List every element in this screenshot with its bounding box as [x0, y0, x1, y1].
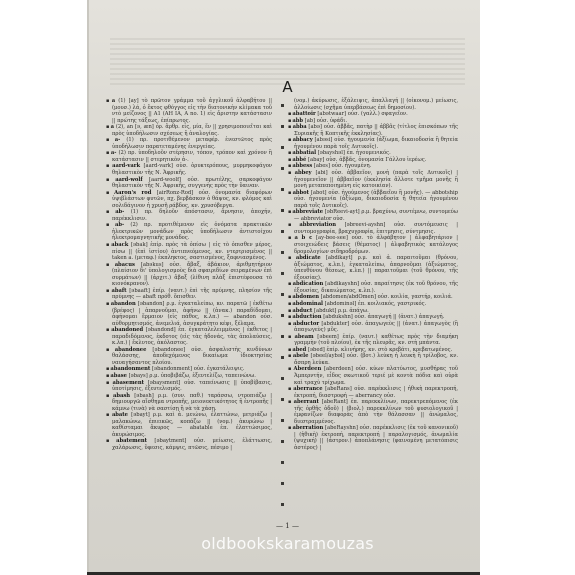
margin-mark: [281, 293, 284, 296]
headword: aback: [111, 242, 128, 248]
dictionary-entry: ▪abbreviation [əbreevi-ayshn] οὐσ. συντό…: [288, 222, 458, 235]
headword: abasement: [113, 380, 145, 386]
dictionary-entry: ▪abeam [əbeem] ἐπίρ. (ναυτ.) καθέτως πρὸ…: [288, 334, 458, 347]
watermark: oldbookskaramouzas: [0, 534, 575, 553]
dictionary-entry: ▪a (1) [ay] τὸ πρῶτον γράμμα τοῦ ἀγγλικο…: [106, 98, 272, 124]
headword: abandoned: [111, 327, 143, 333]
margin-mark: [281, 503, 284, 506]
entry-bullet-icon: ▪: [106, 222, 114, 228]
dictionary-entry: ▪abandoned [əbandond] ἐπ. ἐγκαταλελειμμέ…: [106, 327, 272, 347]
entry-bullet-icon: ▪: [288, 399, 293, 405]
headword: abandonee: [115, 347, 147, 353]
dictionary-entry: ▪abasement [əbaysment] οὐσ. ταπείνωσις |…: [106, 380, 272, 393]
entry-bullet-icon: ▪: [288, 366, 293, 372]
definition: [abdominəl] ἐπ. κοιλιακός, γαστρικός.: [323, 301, 426, 307]
dictionary-entry: ▪Aberdeen [aberdeen] οὐσ. κύων πλατύωτος…: [288, 366, 458, 386]
headword: abandonment: [110, 366, 150, 372]
headword: abase: [110, 373, 127, 379]
definition: [abə] οὐσ. ἀββᾶς, πατὴρ || ἀββᾶς (τίτλος…: [294, 124, 458, 137]
definition: [abdukt] ρ.μ. ἀπάγω.: [312, 308, 368, 314]
entry-bullet-icon: ▪: [288, 353, 292, 359]
headword: abdominal: [292, 301, 323, 307]
margin-mark: [281, 146, 284, 149]
page-number: — 1 —: [0, 522, 575, 530]
entry-bullet-icon: ▪: [288, 190, 292, 196]
headword: abdication: [293, 281, 324, 287]
entry-bullet-icon: ▪: [106, 347, 114, 353]
entry-bullet-icon: ▪: [288, 301, 291, 307]
dictionary-entry: ▪abbreviate [əbReevi-ayt] ρ.μ. βραχύνω, …: [288, 209, 458, 222]
dictionary-entry: ▪abele [əbeel/aybəl] οὐσ. (βοτ.) λεύκη ἡ…: [288, 353, 458, 366]
entry-bullet-icon: ▪: [288, 235, 293, 241]
headword: abbess: [292, 163, 312, 169]
headword: abattoir: [292, 111, 315, 117]
entry-bullet-icon: ▪: [288, 170, 294, 176]
dictionary-entry: ▪abate [əbayt] ρ.μ. καὶ ἀ. μειώνω, ἐλαττ…: [106, 412, 272, 438]
definition: [abeRant] ἐπ. παρεκκλίνων, παρεκτρεπόμεν…: [294, 399, 458, 425]
dictionary-entry: ▪aard-wolf [aard-woolf] οὐσ. πρωτέλης, σ…: [106, 177, 272, 190]
headword: abed: [292, 347, 306, 353]
dictionary-entry: ▪abandonee [əbandonee] οὐσ. ἀσφαλιστὴς κ…: [106, 347, 272, 367]
margin-mark: [281, 419, 284, 422]
entry-bullet-icon: ▪: [106, 242, 110, 248]
definition: [əbed] ἐπίρ. κλινήρης, κν. στὸ κρεβάτι, …: [306, 347, 452, 353]
entry-bullet-icon: ▪: [106, 177, 114, 183]
entry-bullet-icon: ▪: [106, 327, 110, 333]
entry-bullet-icon: ▪: [288, 222, 298, 228]
entry-bullet-icon: ▪: [106, 288, 111, 294]
margin-mark: [281, 272, 284, 275]
entry-bullet-icon: ▪: [106, 98, 111, 104]
definition: [əbandon] ρ.μ. ἐγκαταλείπω, κν. παρατῶ |…: [112, 301, 272, 327]
headword: aard-vark: [112, 163, 140, 169]
dictionary-entry: ▪aberrance [abeRans] οὐσ. παρέκκλισις | …: [288, 386, 458, 399]
left-column: ▪a (1) [ay] τὸ πρῶτον γράμμα τοῦ ἀγγλικο…: [106, 98, 272, 452]
headword: abbey: [295, 170, 312, 176]
entry-bullet-icon: ▪: [106, 262, 114, 268]
headword: abbreviation: [299, 222, 336, 228]
entry-bullet-icon: ▪: [288, 281, 292, 287]
margin-mark: [281, 335, 284, 338]
headword: abb: [292, 118, 303, 124]
definition: [abdukshn] οὐσ. ἀπαγωγή || (ἀνατ.) ἀπαγω…: [322, 314, 445, 320]
entry-bullet-icon: ▪: [288, 314, 291, 320]
headword: abate: [112, 412, 128, 418]
headword: aberration: [293, 425, 324, 431]
dictionary-entry: ▪abba [abə] οὐσ. ἀββᾶς, πατὴρ || ἀββᾶς (…: [288, 124, 458, 137]
definition: (νομ.) ἀκύρωσις, ἐξάλειψις, ἀπαλλαγή || …: [294, 98, 458, 111]
definition: [əbeem] ἐπίρ. (ναυτ.) καθέτως πρὸς τὴν δ…: [294, 334, 458, 347]
dictionary-entry: (νομ.) ἀκύρωσις, ἐξάλειψις, ἀπαλλαγή || …: [288, 98, 458, 111]
dictionary-entry: ▪aberration [abeRayshn] οὐσ. παρέκκλισις…: [288, 425, 458, 451]
definition: (2) πρ. ὑποδηλοῦν στέρησιν, τόπον, τρόπο…: [112, 150, 272, 163]
entry-bullet-icon: ▪: [288, 294, 291, 300]
headword: Aberdeen: [294, 366, 322, 372]
entry-bullet-icon: ▪: [288, 137, 292, 143]
headword: abele: [293, 353, 309, 359]
dictionary-entry: ▪aback [əbak] ἐπίρ. πρὸς τὰ ὀπίσω | εἰς …: [106, 242, 272, 262]
margin-mark: [281, 482, 284, 485]
headword: Aaron's rod: [114, 190, 151, 196]
dictionary-entry: ▪abatement [əbaytment] οὐσ. μείωσις, ἐλά…: [106, 438, 272, 451]
entry-bullet-icon: ▪: [288, 347, 291, 353]
dictionary-entry: ▪abaft [əbaaft] ἐπίρ. (ναυτ.) ἐπὶ τῆς πρ…: [106, 288, 272, 301]
margin-mark: [281, 398, 284, 401]
headword: abduction: [292, 314, 321, 320]
margin-mark: [281, 209, 284, 212]
headword: abdicate: [296, 255, 321, 261]
dictionary-entry: ▪a- (2) πρ. ὑποδηλοῦν στέρησιν, τόπον, τ…: [106, 150, 272, 163]
headword: abatement: [116, 438, 147, 444]
definition: [əbak] ἐπίρ. πρὸς τὰ ὀπίσω | εἰς τὸ ὀπισ…: [112, 242, 272, 261]
definition: [abəkus] οὐσ. ἄβαξ, ἀβάκιον, ἀριθμητήριο…: [112, 262, 272, 288]
entry-bullet-icon: ▪: [288, 163, 291, 169]
headword: ab-: [115, 222, 124, 228]
dictionary-entry: ▪abbey [abi] οὐσ. ἀββαεῖον, μονὴ (παρὰ τ…: [288, 170, 458, 190]
headword: abaft: [112, 288, 127, 294]
entry-bullet-icon: ▪: [106, 393, 112, 399]
entry-bullet-icon: ▪: [288, 124, 292, 130]
dictionary-entry: ▪abbot [abot] οὐσ. ἡγούμενος (ἀββαεῖου ἢ…: [288, 190, 458, 210]
entry-bullet-icon: ▪: [106, 209, 114, 215]
entry-bullet-icon: ▪: [288, 334, 293, 340]
headword: aberrance: [293, 386, 322, 392]
entry-bullet-icon: ▪: [106, 380, 112, 386]
margin-mark: [281, 167, 284, 170]
entry-bullet-icon: ▪: [288, 118, 291, 124]
definition: [əbaaft] ἐπίρ. (ναυτ.) ἐπὶ τῆς πρύμνης, …: [112, 288, 272, 301]
headword: abbreviate: [292, 209, 323, 215]
definition: (2), an [ə, æn] ὁρ. ἄρθρ. εἷς, μία, ἕν |…: [112, 124, 272, 137]
dictionary-entry: ▪ab- (1) πρ. δηλοῦν ἀπόστασιν, ἄρνησιν, …: [106, 209, 272, 222]
headword: abbacy: [293, 137, 313, 143]
entry-bullet-icon: ▪: [288, 111, 291, 117]
margin-mark: [281, 104, 284, 107]
margin-mark: [281, 314, 284, 317]
headword: ab-: [115, 209, 124, 215]
entry-bullet-icon: ▪: [288, 209, 291, 215]
headword: abandon: [111, 301, 136, 307]
dictionary-entry: ▪Aaron's rod [airRonz-Rod] οὐσ. ὀνομασία…: [106, 190, 272, 210]
definition: (1) [ay] τὸ πρῶτον γράμμα τοῦ ἀγγλικοῦ ἀ…: [112, 98, 272, 124]
margin-mark: [281, 188, 284, 191]
entry-bullet-icon: ▪: [288, 150, 291, 156]
entry-bullet-icon: ▪: [106, 366, 109, 372]
dictionary-entry: ▪abash [əbash] ρ.μ. (συν. παθ.) ταράσσω,…: [106, 393, 272, 413]
margin-mark: [281, 377, 284, 380]
section-letter: A: [0, 78, 575, 96]
dictionary-entry: ▪a (2), an [ə, æn] ὁρ. ἄρθρ. εἷς, μία, ἕ…: [106, 124, 272, 137]
entry-bullet-icon: ▪: [288, 255, 295, 261]
definition: (2) πρ. προτιθέμενον εἰς ὀνόματα πρακτικ…: [112, 222, 272, 241]
entry-bullet-icon: ▪: [106, 438, 115, 444]
definition: [əbayt] ρ.μ. καὶ ἀ. μειώνω, ἐλαττώνω, με…: [112, 412, 272, 438]
margin-mark: [281, 230, 284, 233]
dictionary-entry: ▪abacus [abəkus] οὐσ. ἄβαξ, ἀβάκιον, ἀρι…: [106, 262, 272, 288]
dictionary-entry: ▪abdicate [abdikayt] ρ.μ. καὶ ἀ. παραιτο…: [288, 255, 458, 281]
definition: [abot] οὐσ. ἡγούμενος (ἀββαεῖου ἢ μονῆς)…: [294, 190, 458, 209]
entry-bullet-icon: ▪: [106, 301, 110, 307]
definition: [əbays] ρ.μ. ὑποβιβάζω, ἐξευτελίζω, ταπε…: [127, 373, 256, 379]
margin-mark: [281, 125, 284, 128]
entry-bullet-icon: ▪: [106, 124, 110, 130]
entry-bullet-icon: ▪: [106, 190, 113, 196]
dictionary-entry: ▪ab- (2) πρ. προτιθέμενον εἰς ὀνόματα πρ…: [106, 222, 272, 242]
definition: (1) πρ. προτιθέμενον μεταφέρ. ἐνεστῶτος …: [112, 137, 272, 150]
margin-marks: [281, 104, 285, 524]
definition: [əbandonment] οὐσ. ἐγκατάλειψις.: [150, 366, 244, 372]
headword: aberrant: [294, 399, 319, 405]
headword: a b c: [294, 235, 312, 241]
definition: [ab] οὐσ. ὑφάδι.: [303, 118, 347, 124]
headword: abbatial: [292, 150, 316, 156]
dictionary-entry: ▪aberrant [abeRant] ἐπ. παρεκκλίνων, παρ…: [288, 399, 458, 425]
entry-bullet-icon: ▪: [288, 308, 291, 314]
entry-bullet-icon: ▪: [106, 150, 110, 156]
margin-mark: [281, 440, 284, 443]
dictionary-entry: ▪a b c [ay-bee-see] οὐσ. τὸ ἀλφάβητον | …: [288, 235, 458, 255]
definition: [abəsi] οὐσ. ἡγουμενία (ἀξίωμα, δικαιοδο…: [294, 137, 458, 150]
headword: abdomen: [292, 294, 319, 300]
definition: [abdomen/abdOmen] οὐσ. κοιλία, γαστήρ, κ…: [319, 294, 453, 300]
definition: [abdukter] οὐσ. ἀπαγωγεὺς || (ἀνατ.) ἀπα…: [294, 321, 458, 334]
definition: (1) πρ. δηλοῦν ἀπόστασιν, ἄρνησιν, ἀποχή…: [112, 209, 272, 222]
definition: [ay-bee-see] οὐσ. τὸ ἀλφάβητον | ἀλφαβητ…: [294, 235, 458, 254]
entry-bullet-icon: ▪: [106, 373, 109, 379]
definition: [abətwaar] οὐσ. (γαλλ.) σφαγεῖον.: [316, 111, 408, 117]
entry-bullet-icon: ▪: [288, 425, 292, 431]
definition: [əbash] ρ.μ. (συν. παθ.) ταράσσω, ντροπι…: [112, 393, 272, 412]
margin-mark: [281, 356, 284, 359]
headword: abacus: [115, 262, 135, 268]
entry-bullet-icon: ▪: [288, 321, 292, 327]
headword: abbot: [293, 190, 309, 196]
definition: [əbayshəl] ἐπ. ἡγουμενικός.: [316, 150, 391, 156]
definition: [əbeel/aybəl] οὐσ. (βοτ.) λεύκη ἡ λευκὴ …: [294, 353, 458, 366]
entry-bullet-icon: ▪: [288, 386, 292, 392]
headword: abductor: [293, 321, 319, 327]
headword: abba: [293, 124, 307, 130]
dictionary-entry: ▪abbacy [abəsi] οὐσ. ἡγουμενία (ἀξίωμα, …: [288, 137, 458, 150]
entry-bullet-icon: ▪: [106, 163, 111, 169]
headword: abash: [113, 393, 130, 399]
entry-bullet-icon: ▪: [106, 137, 114, 143]
dictionary-entry: ▪aard-vark [aard-vark] οὐσ. ὀρυκτερόπους…: [106, 163, 272, 176]
entry-bullet-icon: ▪: [106, 412, 111, 418]
dictionary-entry: ▪abdication [abdikayshn] οὐσ. παραίτησις…: [288, 281, 458, 294]
headword: abeam: [294, 334, 313, 340]
dictionary-entry: ▪abandon [əbandon] ρ.μ. ἐγκαταλείπω, κν.…: [106, 301, 272, 327]
margin-mark: [281, 251, 284, 254]
right-column: (νομ.) ἀκύρωσις, ἐξάλειψις, ἀπαλλαγή || …: [288, 98, 458, 452]
definition: [abi] οὐσ. ἀββαεῖον, μονὴ (παρὰ τοῖς Δυτ…: [294, 170, 458, 189]
margin-mark: [281, 461, 284, 464]
headword: aard-wolf: [115, 177, 142, 183]
definition: [abes] οὐσ. ἡγουμένη.: [312, 163, 371, 169]
dictionary-entry: ▪abductor [abdukter] οὐσ. ἀπαγωγεὺς || (…: [288, 321, 458, 334]
headword: abduct: [292, 308, 312, 314]
dictionary-entry: ▪a- (1) πρ. προτιθέμενον μεταφέρ. ἐνεστῶ…: [106, 137, 272, 150]
